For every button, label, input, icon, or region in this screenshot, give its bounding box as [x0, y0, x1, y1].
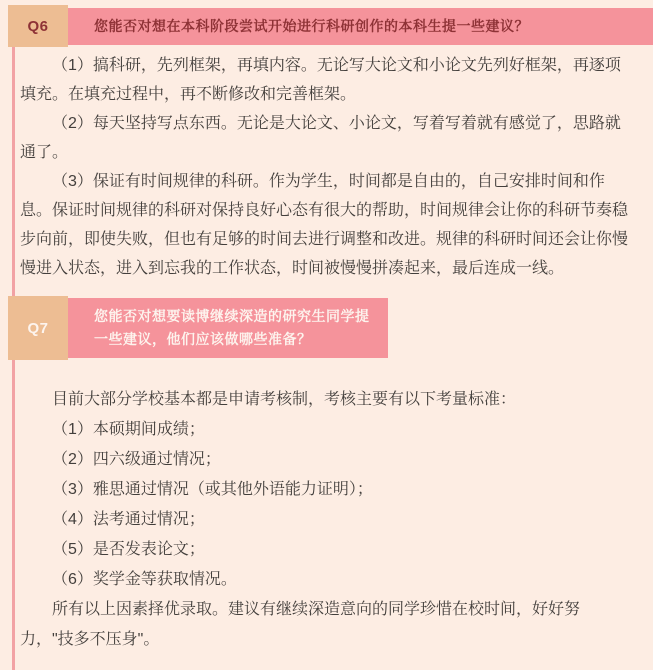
q7-section: Q7 您能否对想要读博继续深造的研究生同学提一些建议，他们应该做哪些准备？ 目前…	[0, 296, 653, 655]
q7-question-bar: 您能否对想要读博继续深造的研究生同学提一些建议，他们应该做哪些准备？	[68, 298, 388, 358]
q6-header: Q6 您能否对想在本科阶段尝试开始进行科研创作的本科生提一些建议？	[8, 5, 653, 47]
paragraph: 所有以上因素择优录取。建议有继续深造意向的同学珍惜在校时间，好好努力，"技多不压…	[20, 595, 633, 655]
paragraph: （1）搞科研，先列框架，再填内容。无论写大论文和小论文先列好框架，再逐项填充。在…	[20, 51, 633, 109]
paragraph: （3）保证有时间规律的科研。作为学生，时间都是自由的，自己安排时间和作息。保证时…	[20, 167, 633, 283]
q6-question-bar: 您能否对想在本科阶段尝试开始进行科研创作的本科生提一些建议？	[68, 8, 653, 45]
article-page: Q6 您能否对想在本科阶段尝试开始进行科研创作的本科生提一些建议？ （1）搞科研…	[0, 0, 653, 670]
paragraph: （1）本硕期间成绩；	[20, 415, 633, 445]
q6-question-text: 您能否对想在本科阶段尝试开始进行科研创作的本科生提一些建议？	[94, 16, 529, 36]
paragraph: （6）奖学金等获取情况。	[20, 565, 633, 595]
paragraph: （4）法考通过情况；	[20, 505, 633, 535]
q6-label-badge: Q6	[8, 5, 68, 47]
paragraph: 目前大部分学校基本都是申请考核制，考核主要有以下考量标准：	[20, 385, 633, 415]
paragraph: （2）四六级通过情况；	[20, 445, 633, 475]
q7-label-badge: Q7	[8, 296, 68, 360]
paragraph: （3）雅思通过情况（或其他外语能力证明）；	[20, 475, 633, 505]
paragraph: （5）是否发表论文；	[20, 535, 633, 565]
q6-answer: （1）搞科研，先列框架，再填内容。无论写大论文和小论文先列好框架，再逐项填充。在…	[20, 51, 633, 283]
q7-question-text: 您能否对想要读博继续深造的研究生同学提一些建议，他们应该做哪些准备？	[94, 305, 372, 351]
q7-answer: 目前大部分学校基本都是申请考核制，考核主要有以下考量标准： （1）本硕期间成绩；…	[20, 385, 633, 655]
q6-section: Q6 您能否对想在本科阶段尝试开始进行科研创作的本科生提一些建议？ （1）搞科研…	[0, 5, 653, 283]
paragraph: （2）每天坚持写点东西。无论是大论文、小论文，写着写着就有感觉了，思路就通了。	[20, 109, 633, 167]
q7-header: Q7 您能否对想要读博继续深造的研究生同学提一些建议，他们应该做哪些准备？	[8, 296, 653, 360]
